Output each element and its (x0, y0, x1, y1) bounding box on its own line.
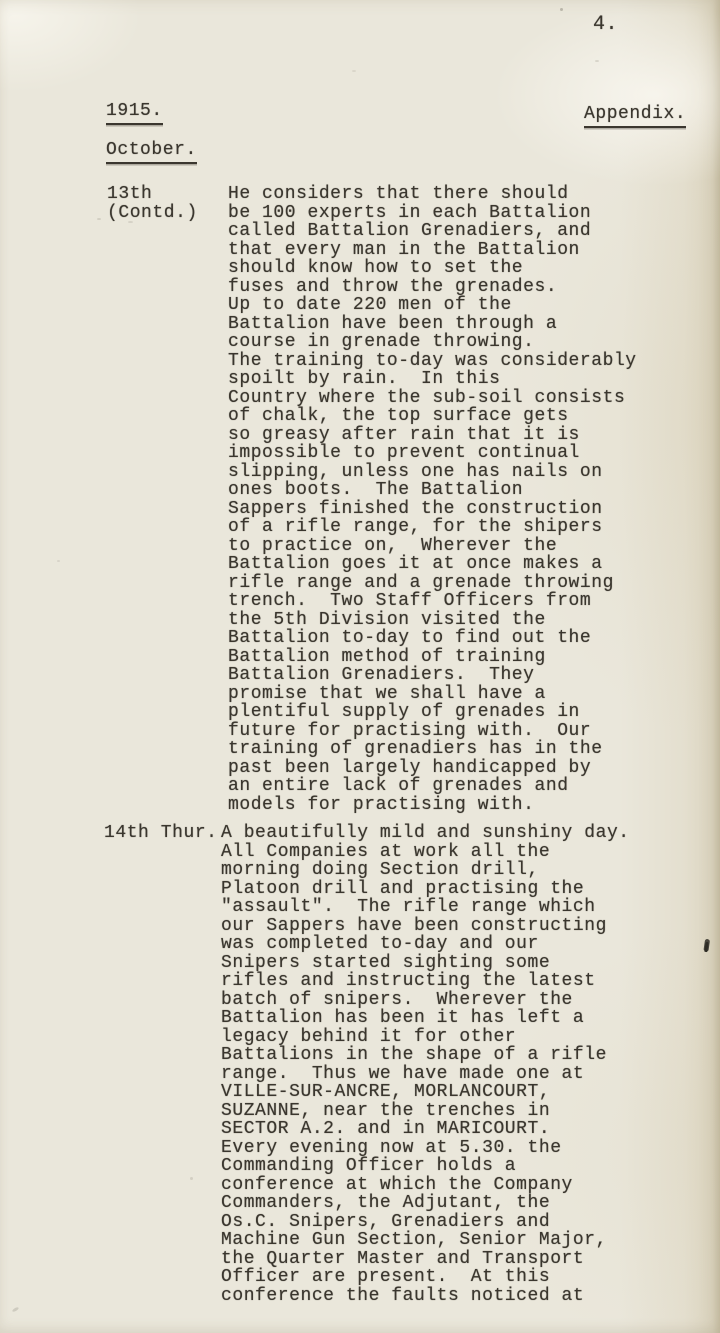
entry-date-14th: 14th Thur. (104, 824, 218, 843)
paper-speck (128, 221, 133, 223)
entry-body-13th: He considers that there should be 100 ex… (228, 185, 637, 814)
month-heading: October. (106, 141, 197, 164)
stray-pen-mark (704, 942, 708, 952)
paper-speck (97, 218, 101, 220)
page-number: 4. (593, 16, 618, 35)
paper-speck (352, 70, 356, 72)
paper-speck (12, 1306, 20, 1312)
entry-body-14th: A beautifully mild and sunshiny day. All… (221, 824, 630, 1305)
scanned-diary-page: 4. 1915. Appendix. October. 13th (Contd.… (0, 0, 720, 1333)
paper-speck (560, 8, 563, 11)
paper-speck (190, 1177, 193, 1180)
paper-speck (595, 60, 599, 62)
year-heading: 1915. (106, 102, 163, 125)
paper-speck (57, 560, 60, 562)
appendix-heading: Appendix. (584, 105, 686, 128)
entry-date-13th: 13th (Contd.) (107, 185, 198, 222)
